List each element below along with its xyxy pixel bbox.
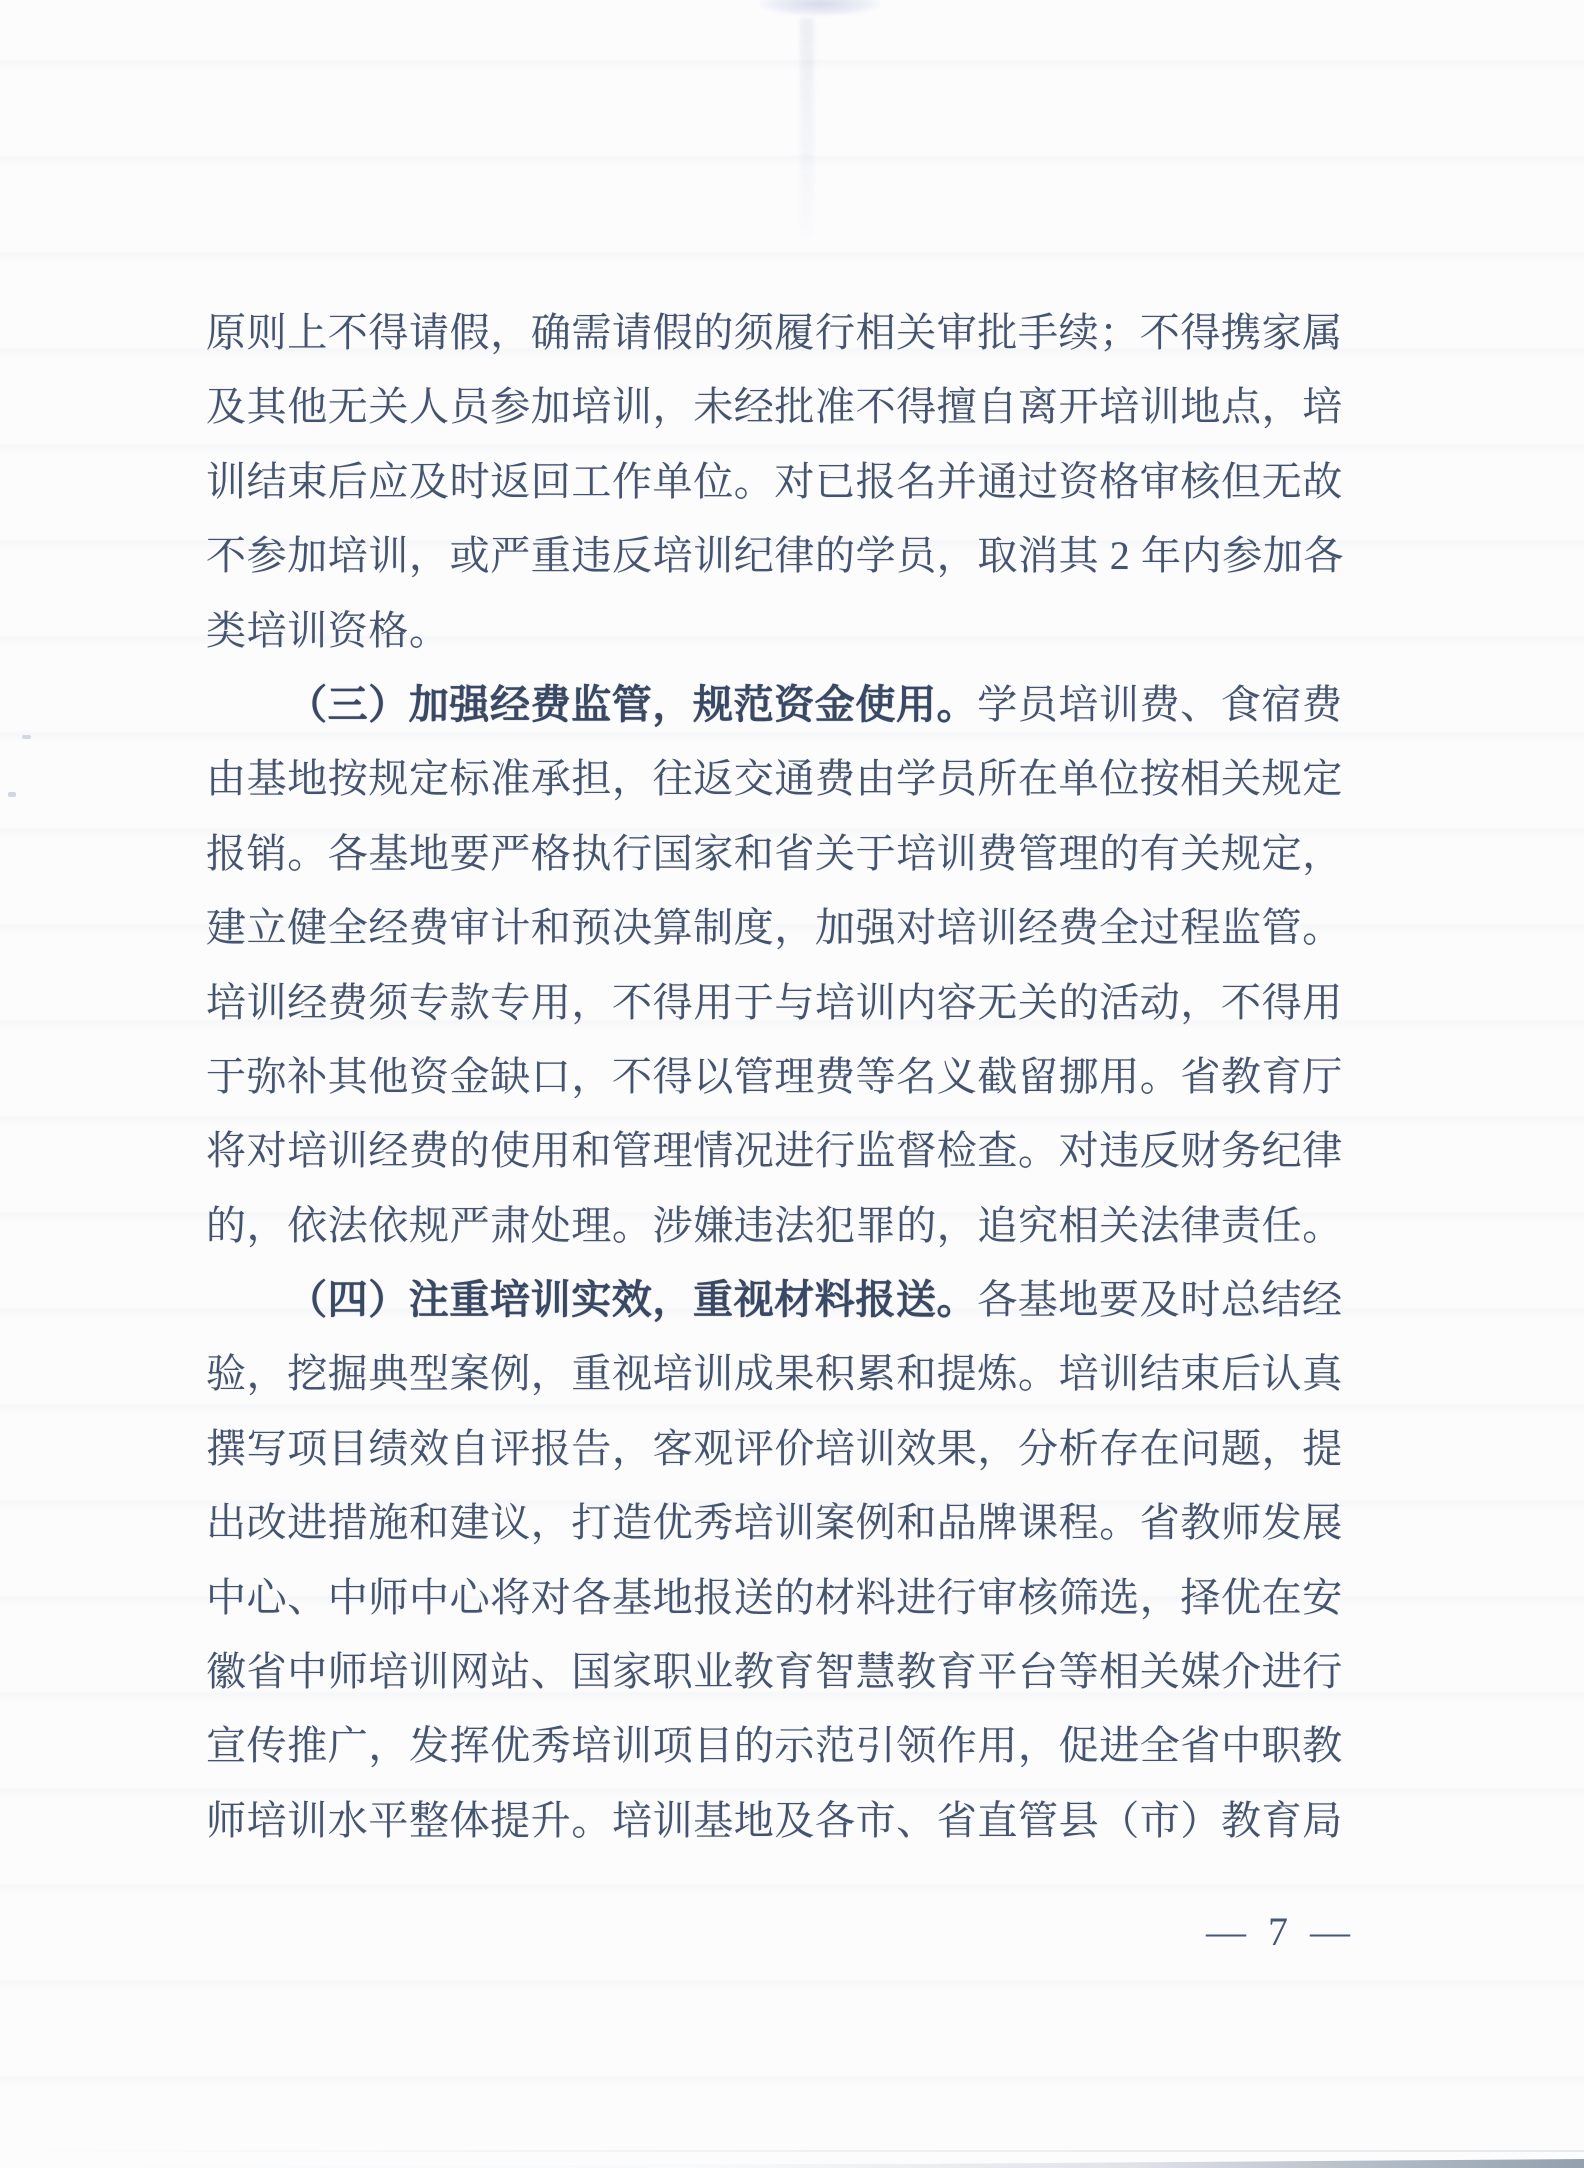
- text-segment: 不参加培训，或严重违反培训纪律的学员，取消其 2 年内参加各: [206, 533, 1344, 578]
- text-line: （四）注重培训实效，重视材料报送。各基地要及时总结经: [206, 1263, 1346, 1337]
- text-segment: 类培训资格。: [206, 608, 450, 653]
- text-segment: 学员培训费、食宿费: [977, 682, 1342, 727]
- text-segment: 中心、中师中心将对各基地报送的材料进行审核筛选，择优在安: [206, 1575, 1343, 1620]
- document-body: 原则上不得请假，确需请假的须履行相关审批手续；不得携家属及其他无关人员参加培训，…: [206, 296, 1346, 1858]
- text-line: 中心、中师中心将对各基地报送的材料进行审核筛选，择优在安: [206, 1561, 1346, 1635]
- text-segment: 宣传推广，发挥优秀培训项目的示范引领作用，促进全省中职教: [206, 1723, 1343, 1768]
- text-line: 于弥补其他资金缺口，不得以管理费等名义截留挪用。省教育厅: [206, 1040, 1346, 1114]
- text-line: 出改进措施和建议，打造优秀培训案例和品牌课程。省教师发展: [206, 1486, 1346, 1560]
- text-line: （三）加强经费监管，规范资金使用。学员培训费、食宿费: [206, 668, 1346, 742]
- text-segment: 撰写项目绩效自评报告，客观评价培训效果，分析存在问题，提: [206, 1426, 1343, 1471]
- document-page: 原则上不得请假，确需请假的须履行相关审批手续；不得携家属及其他无关人员参加培训，…: [0, 0, 1584, 2168]
- text-segment: 验，挖掘典型案例，重视培训成果积累和提炼。培训结束后认真: [206, 1351, 1343, 1396]
- text-segment: 由基地按规定标准承担，往返交通费由学员所在单位按相关规定: [206, 756, 1343, 801]
- text-segment: 报销。各基地要严格执行国家和省关于培训费管理的有关规定，: [206, 831, 1343, 876]
- text-segment: 将对培训经费的使用和管理情况进行监督检查。对违反财务纪律: [206, 1128, 1343, 1173]
- scan-artifact-line: [0, 2150, 1584, 2152]
- text-segment: 的，依法依规严肃处理。涉嫌违法犯罪的，追究相关法律责任。: [206, 1203, 1343, 1248]
- text-line: 将对培训经费的使用和管理情况进行监督检查。对违反财务纪律: [206, 1114, 1346, 1188]
- scan-smudge: [760, 0, 880, 16]
- text-line: 由基地按规定标准承担，往返交通费由学员所在单位按相关规定: [206, 742, 1346, 816]
- margin-speck: [8, 792, 16, 797]
- text-segment: 师培训水平整体提升。培训基地及各市、省直管县（市）教育局: [206, 1798, 1343, 1843]
- text-line: 师培训水平整体提升。培训基地及各市、省直管县（市）教育局: [206, 1784, 1346, 1858]
- scan-smudge-trail: [800, 18, 814, 238]
- text-line: 原则上不得请假，确需请假的须履行相关审批手续；不得携家属: [206, 296, 1346, 370]
- text-segment: 于弥补其他资金缺口，不得以管理费等名义截留挪用。省教育厅: [206, 1054, 1343, 1099]
- text-segment: 培训经费须专款专用，不得用于与培训内容无关的活动，不得用: [206, 980, 1343, 1025]
- text-segment: 出改进措施和建议，打造优秀培训案例和品牌课程。省教师发展: [206, 1500, 1343, 1545]
- text-line: 验，挖掘典型案例，重视培训成果积累和提炼。培训结束后认真: [206, 1337, 1346, 1411]
- text-line: 培训经费须专款专用，不得用于与培训内容无关的活动，不得用: [206, 966, 1346, 1040]
- text-line: 训结束后应及时返回工作单位。对已报名并通过资格审核但无故: [206, 445, 1346, 519]
- text-line: 类培训资格。: [206, 594, 1346, 668]
- text-segment: 原则上不得请假，确需请假的须履行相关审批手续；不得携家属: [206, 310, 1343, 355]
- text-segment: 徽省中师培训网站、国家职业教育智慧教育平台等相关媒介进行: [206, 1649, 1343, 1694]
- margin-speck: [22, 735, 31, 739]
- text-segment: 建立健全经费审计和预决算制度，加强对培训经费全过程监管。: [206, 905, 1343, 950]
- text-segment: 训结束后应及时返回工作单位。对已报名并通过资格审核但无故: [206, 459, 1343, 504]
- text-line: 报销。各基地要严格执行国家和省关于培训费管理的有关规定，: [206, 817, 1346, 891]
- scan-edge: [0, 2159, 1584, 2168]
- page-number: — 7 —: [1206, 1908, 1352, 1955]
- text-segment: 各基地要及时总结经: [977, 1277, 1342, 1322]
- text-line: 撰写项目绩效自评报告，客观评价培训效果，分析存在问题，提: [206, 1412, 1346, 1486]
- bold-heading-segment: （三）加强经费监管，规范资金使用。: [287, 682, 977, 727]
- text-line: 建立健全经费审计和预决算制度，加强对培训经费全过程监管。: [206, 891, 1346, 965]
- text-line: 的，依法依规严肃处理。涉嫌违法犯罪的，追究相关法律责任。: [206, 1189, 1346, 1263]
- text-line: 宣传推广，发挥优秀培训项目的示范引领作用，促进全省中职教: [206, 1709, 1346, 1783]
- text-segment: 及其他无关人员参加培训，未经批准不得擅自离开培训地点，培: [206, 384, 1343, 429]
- text-line: 及其他无关人员参加培训，未经批准不得擅自离开培训地点，培: [206, 370, 1346, 444]
- text-line: 不参加培训，或严重违反培训纪律的学员，取消其 2 年内参加各: [206, 519, 1346, 593]
- bold-heading-segment: （四）注重培训实效，重视材料报送。: [287, 1277, 977, 1322]
- text-line: 徽省中师培训网站、国家职业教育智慧教育平台等相关媒介进行: [206, 1635, 1346, 1709]
